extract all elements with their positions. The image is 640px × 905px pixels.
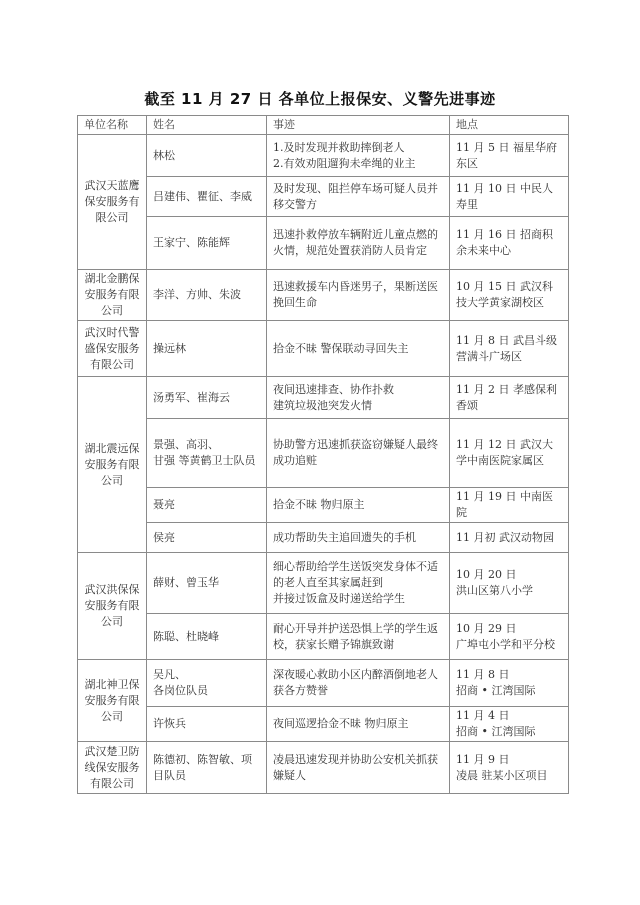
table-row: 陈聪、杜晓峰 耐心开导并护送恐惧上学的学生返校，获家长赠予锦旗致谢 10 月 2… (78, 614, 569, 660)
header-deed: 事迹 (267, 116, 450, 135)
deed-text: 深夜暖心救助小区内醉酒倒地老人获各方赞誉 (267, 660, 450, 707)
deed-text: 耐心开导并护送恐惧上学的学生返校，获家长赠予锦旗致谢 (267, 614, 450, 660)
deed-text: 1.及时发现并救助摔倒老人 2.有效劝阻遛狗未牵绳的业主 (267, 135, 450, 177)
unit-name: 武汉楚卫防线保安服务有限公司 (78, 742, 147, 794)
person-names: 王家宁、陈能辉 (147, 217, 267, 270)
date-place: 11 月初 武汉动物园 (450, 523, 569, 553)
table-row: 湖北金鹏保安服务有限公司 李洋、方帅、朱波 迅速救援车内昏迷男子，果断送医挽回生… (78, 270, 569, 321)
person-names: 操远林 (147, 321, 267, 377)
table-header-row: 单位名称 姓名 事迹 地点 (78, 116, 569, 135)
deed-text: 夜间迅速排查、协作扑救 建筑垃圾池突发火情 (267, 377, 450, 419)
date-place: 10 月 15 日 武汉科技大学黄家湖校区 (450, 270, 569, 321)
person-names: 陈聪、杜晓峰 (147, 614, 267, 660)
date-place: 11 月 9 日 凌晨 驻某小区项目 (450, 742, 569, 794)
person-names: 汤勇军、崔海云 (147, 377, 267, 419)
table-row: 许恢兵 夜间巡逻拾金不昧 物归原主 11 月 4 日 招商 • 江湾国际 (78, 707, 569, 742)
unit-name: 武汉天蓝鹰保安服务有限公司 (78, 135, 147, 270)
person-names: 吕建伟、瞿征、李威 (147, 177, 267, 217)
header-names: 姓名 (147, 116, 267, 135)
deed-text: 拾金不昧 物归原主 (267, 488, 450, 523)
date-place: 11 月 19 日 中南医院 (450, 488, 569, 523)
table-row: 湖北神卫保安服务有限公司 吴凡、 各岗位队员 深夜暖心救助小区内醉酒倒地老人获各… (78, 660, 569, 707)
date-place: 11 月 4 日 招商 • 江湾国际 (450, 707, 569, 742)
date-place: 11 月 8 日 武昌斗级营满斗广场区 (450, 321, 569, 377)
date-place: 10 月 29 日 广埠屯小学和平分校 (450, 614, 569, 660)
person-names: 侯亮 (147, 523, 267, 553)
table-row: 武汉楚卫防线保安服务有限公司 陈德初、陈智敏、项目队员 凌晨迅速发现并协助公安机… (78, 742, 569, 794)
person-names: 吴凡、 各岗位队员 (147, 660, 267, 707)
table-row: 吕建伟、瞿征、李威 及时发现、阻拦停车场可疑人员并移交警方 11 月 10 日 … (78, 177, 569, 217)
person-names: 陈德初、陈智敏、项目队员 (147, 742, 267, 794)
table-row: 景强、高羽、 甘强 等黄鹤卫士队员 协助警方迅速抓获盗窃嫌疑人最终成功追赃 11… (78, 419, 569, 488)
deed-text: 协助警方迅速抓获盗窃嫌疑人最终成功追赃 (267, 419, 450, 488)
date-place: 11 月 8 日 招商 • 江湾国际 (450, 660, 569, 707)
deed-text: 凌晨迅速发现并协助公安机关抓获嫌疑人 (267, 742, 450, 794)
deed-text: 成功帮助失主追回遗失的手机 (267, 523, 450, 553)
commendation-table: 单位名称 姓名 事迹 地点 武汉天蓝鹰保安服务有限公司 林松 1.及时发现并救助… (77, 115, 569, 794)
person-names: 李洋、方帅、朱波 (147, 270, 267, 321)
table-row: 湖北震远保安服务有限公司 汤勇军、崔海云 夜间迅速排查、协作扑救 建筑垃圾池突发… (78, 377, 569, 419)
person-names: 林松 (147, 135, 267, 177)
unit-name: 湖北金鹏保安服务有限公司 (78, 270, 147, 321)
date-place: 11 月 12 日 武汉大学中南医院家属区 (450, 419, 569, 488)
table-row: 武汉时代警盛保安服务有限公司 操远林 拾金不昧 警保联动寻回失主 11 月 8 … (78, 321, 569, 377)
date-place: 11 月 16 日 招商积余未来中心 (450, 217, 569, 270)
table-row: 武汉洪保保安服务有限公司 薛财、曾玉华 细心帮助给学生送饭突发身体不适的老人直至… (78, 553, 569, 614)
unit-name: 武汉时代警盛保安服务有限公司 (78, 321, 147, 377)
unit-name: 湖北神卫保安服务有限公司 (78, 660, 147, 742)
date-place: 11 月 5 日 福星华府东区 (450, 135, 569, 177)
header-unit: 单位名称 (78, 116, 147, 135)
table-row: 聂亮 拾金不昧 物归原主 11 月 19 日 中南医院 (78, 488, 569, 523)
unit-name: 武汉洪保保安服务有限公司 (78, 553, 147, 660)
table-row: 侯亮 成功帮助失主追回遗失的手机 11 月初 武汉动物园 (78, 523, 569, 553)
table-row: 武汉天蓝鹰保安服务有限公司 林松 1.及时发现并救助摔倒老人 2.有效劝阻遛狗未… (78, 135, 569, 177)
person-names: 聂亮 (147, 488, 267, 523)
deed-text: 夜间巡逻拾金不昧 物归原主 (267, 707, 450, 742)
date-place: 11 月 10 日 中民人寿里 (450, 177, 569, 217)
header-place: 地点 (450, 116, 569, 135)
person-names: 薛财、曾玉华 (147, 553, 267, 614)
table-row: 王家宁、陈能辉 迅速扑救停放车辆附近儿童点燃的火情，规范处置获消防人员肯定 11… (78, 217, 569, 270)
deed-text: 拾金不昧 警保联动寻回失主 (267, 321, 450, 377)
date-place: 11 月 2 日 孝感保利香颂 (450, 377, 569, 419)
document-title: 截至 11 月 27 日 各单位上报保安、义警先进事迹 (0, 88, 640, 109)
person-names: 许恢兵 (147, 707, 267, 742)
deed-text: 迅速救援车内昏迷男子，果断送医挽回生命 (267, 270, 450, 321)
unit-name: 湖北震远保安服务有限公司 (78, 377, 147, 553)
deed-text: 及时发现、阻拦停车场可疑人员并移交警方 (267, 177, 450, 217)
date-place: 10 月 20 日 洪山区第八小学 (450, 553, 569, 614)
deed-text: 迅速扑救停放车辆附近儿童点燃的火情，规范处置获消防人员肯定 (267, 217, 450, 270)
deed-text: 细心帮助给学生送饭突发身体不适的老人直至其家属赶到 并接过饭盒及时递送给学生 (267, 553, 450, 614)
person-names: 景强、高羽、 甘强 等黄鹤卫士队员 (147, 419, 267, 488)
